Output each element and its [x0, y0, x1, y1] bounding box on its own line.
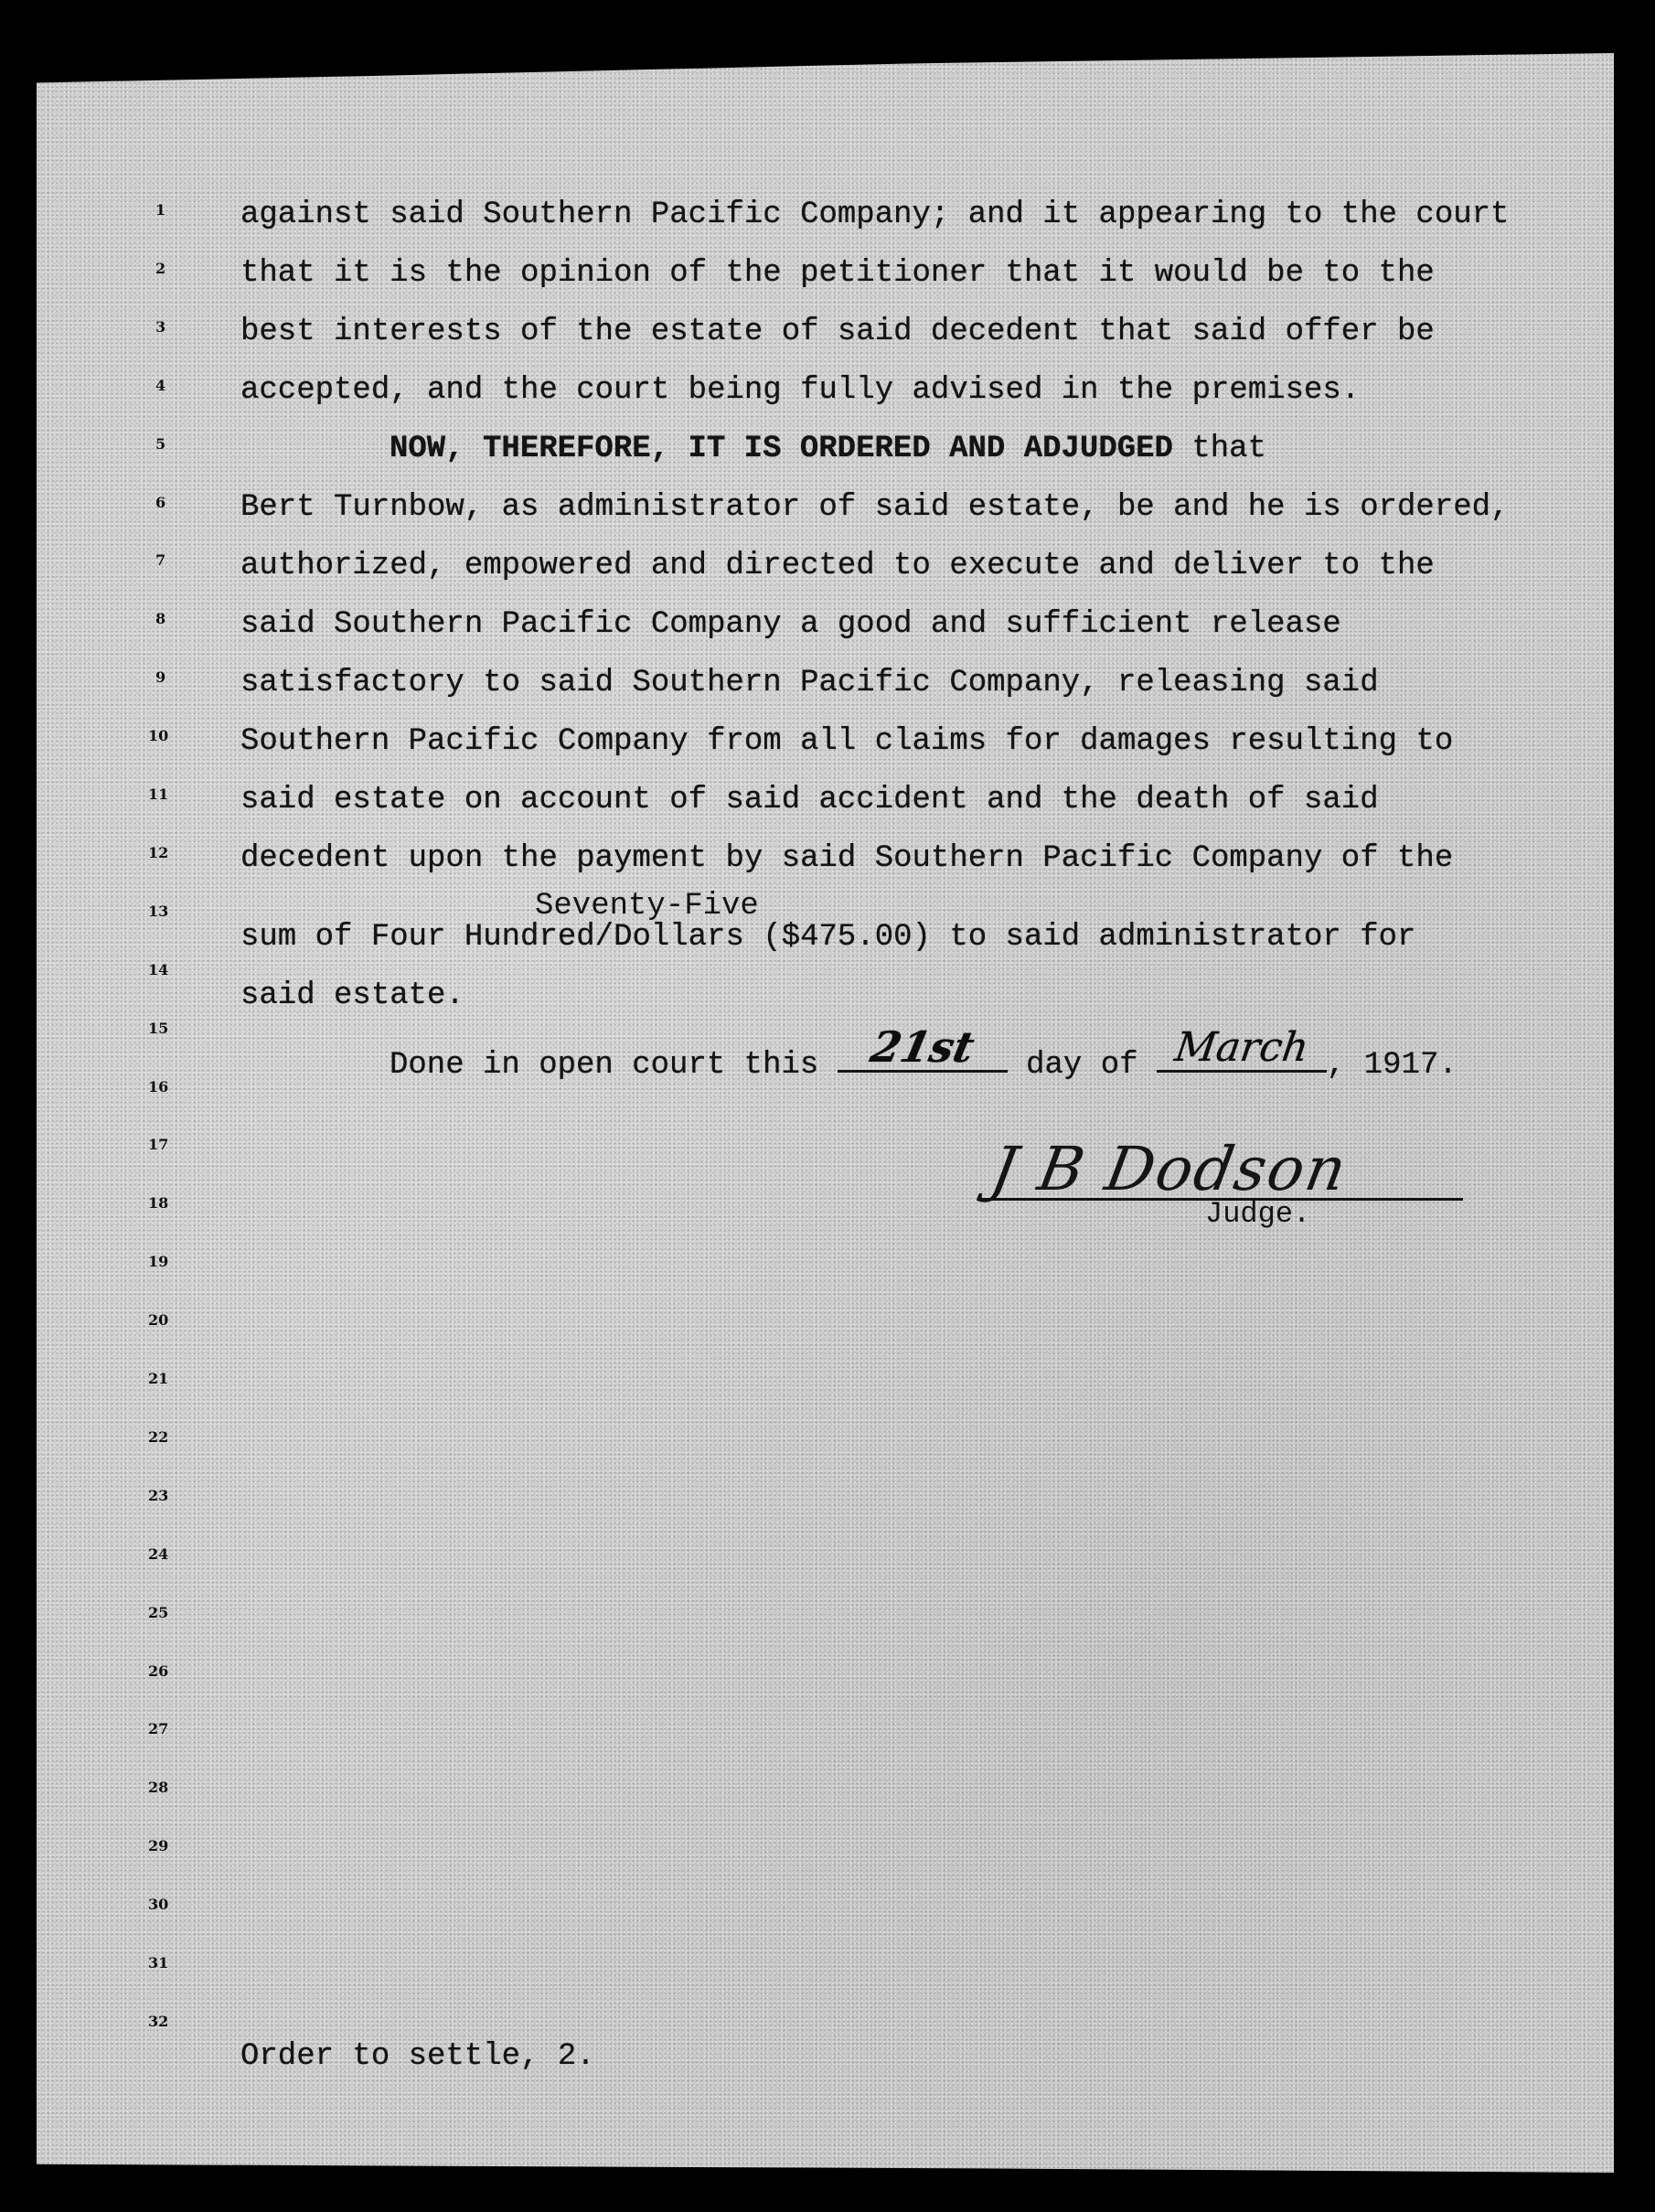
line-number: 5 — [155, 435, 192, 453]
line-number: 9 — [155, 668, 192, 686]
body-line-10: Southern Pacific Company from all claims… — [240, 726, 1453, 757]
body-line-4: accepted, and the court being fully advi… — [240, 375, 1360, 406]
line-number: 28 — [148, 1779, 185, 1796]
footer-caption: Order to settle, 2. — [240, 2041, 595, 2072]
line-number: 16 — [148, 1078, 185, 1095]
date-line: Done in open court this 21st day of Marc… — [390, 1039, 1457, 1081]
line-number: 27 — [148, 1720, 185, 1737]
date-line-prefix: Done in open court this — [390, 1048, 838, 1083]
line-number: 8 — [155, 610, 192, 627]
line-number: 17 — [148, 1136, 185, 1153]
line-number: 23 — [148, 1487, 185, 1504]
line-number: 3 — [155, 318, 192, 336]
body-line-14: said estate. — [240, 980, 464, 1011]
line-number: 22 — [148, 1428, 185, 1446]
line-number: 26 — [148, 1662, 185, 1680]
line-number: 21 — [148, 1370, 185, 1387]
date-year: , 1917. — [1327, 1048, 1457, 1083]
body-line-8: said Southern Pacific Company a good and… — [240, 609, 1341, 640]
handwritten-day: 21st — [833, 1026, 1012, 1068]
body-line-6: Bert Turnbow, as administrator of said e… — [240, 492, 1509, 523]
line-number: 14 — [148, 961, 185, 978]
line-number: 13 — [148, 903, 185, 920]
line-number: 32 — [148, 2013, 185, 2030]
order-clause-line: NOW, THEREFORE, IT IS ORDERED AND ADJUDG… — [390, 433, 1266, 465]
line-number: 15 — [148, 1020, 185, 1037]
handwritten-month: March — [1154, 1028, 1329, 1068]
body-line-11: said estate on account of said accident … — [240, 785, 1379, 816]
line-number: 18 — [148, 1194, 185, 1212]
line-number: 11 — [148, 785, 185, 803]
line-number: 12 — [148, 844, 185, 861]
line-number: 19 — [148, 1253, 185, 1270]
order-clause-heading: NOW, THEREFORE, IT IS ORDERED AND ADJUDG… — [390, 432, 1173, 466]
line-number: 1 — [155, 201, 192, 219]
line-number: 24 — [148, 1545, 185, 1563]
body-line-2: that it is the opinion of the petitioner… — [240, 258, 1435, 289]
line-number: 4 — [155, 377, 192, 394]
body-line-9: satisfactory to said Southern Pacific Co… — [240, 668, 1379, 699]
line-number: 29 — [148, 1837, 185, 1854]
line-number: 31 — [148, 1954, 185, 1972]
judge-title: Judge. — [1205, 1200, 1310, 1229]
body-line-1: against said Southern Pacific Company; a… — [240, 199, 1509, 230]
line-number: 2 — [155, 260, 192, 277]
day-blank: 21st — [838, 1039, 1008, 1073]
order-clause-continuation: that — [1173, 432, 1266, 466]
month-blank: March — [1157, 1039, 1327, 1073]
line-number: 7 — [155, 551, 192, 569]
body-line-13: sum of Four Hundred/Dollars ($475.00) to… — [240, 922, 1415, 953]
body-line-3: best interests of the estate of said dec… — [240, 316, 1435, 347]
line-number: 30 — [148, 1896, 185, 1913]
line-number: 6 — [155, 494, 192, 511]
judge-signature: J B Dodson — [986, 1134, 1353, 1204]
date-line-middle: day of — [1008, 1048, 1157, 1083]
body-line-7: authorized, empowered and directed to ex… — [240, 550, 1435, 582]
line-number: 20 — [148, 1311, 185, 1329]
document-page — [37, 53, 1614, 2173]
body-line-12: decedent upon the payment by said Southe… — [240, 843, 1453, 874]
line-number: 10 — [148, 727, 185, 744]
amount-insertion: Seventy-Five — [535, 891, 759, 922]
line-number: 25 — [148, 1604, 185, 1621]
